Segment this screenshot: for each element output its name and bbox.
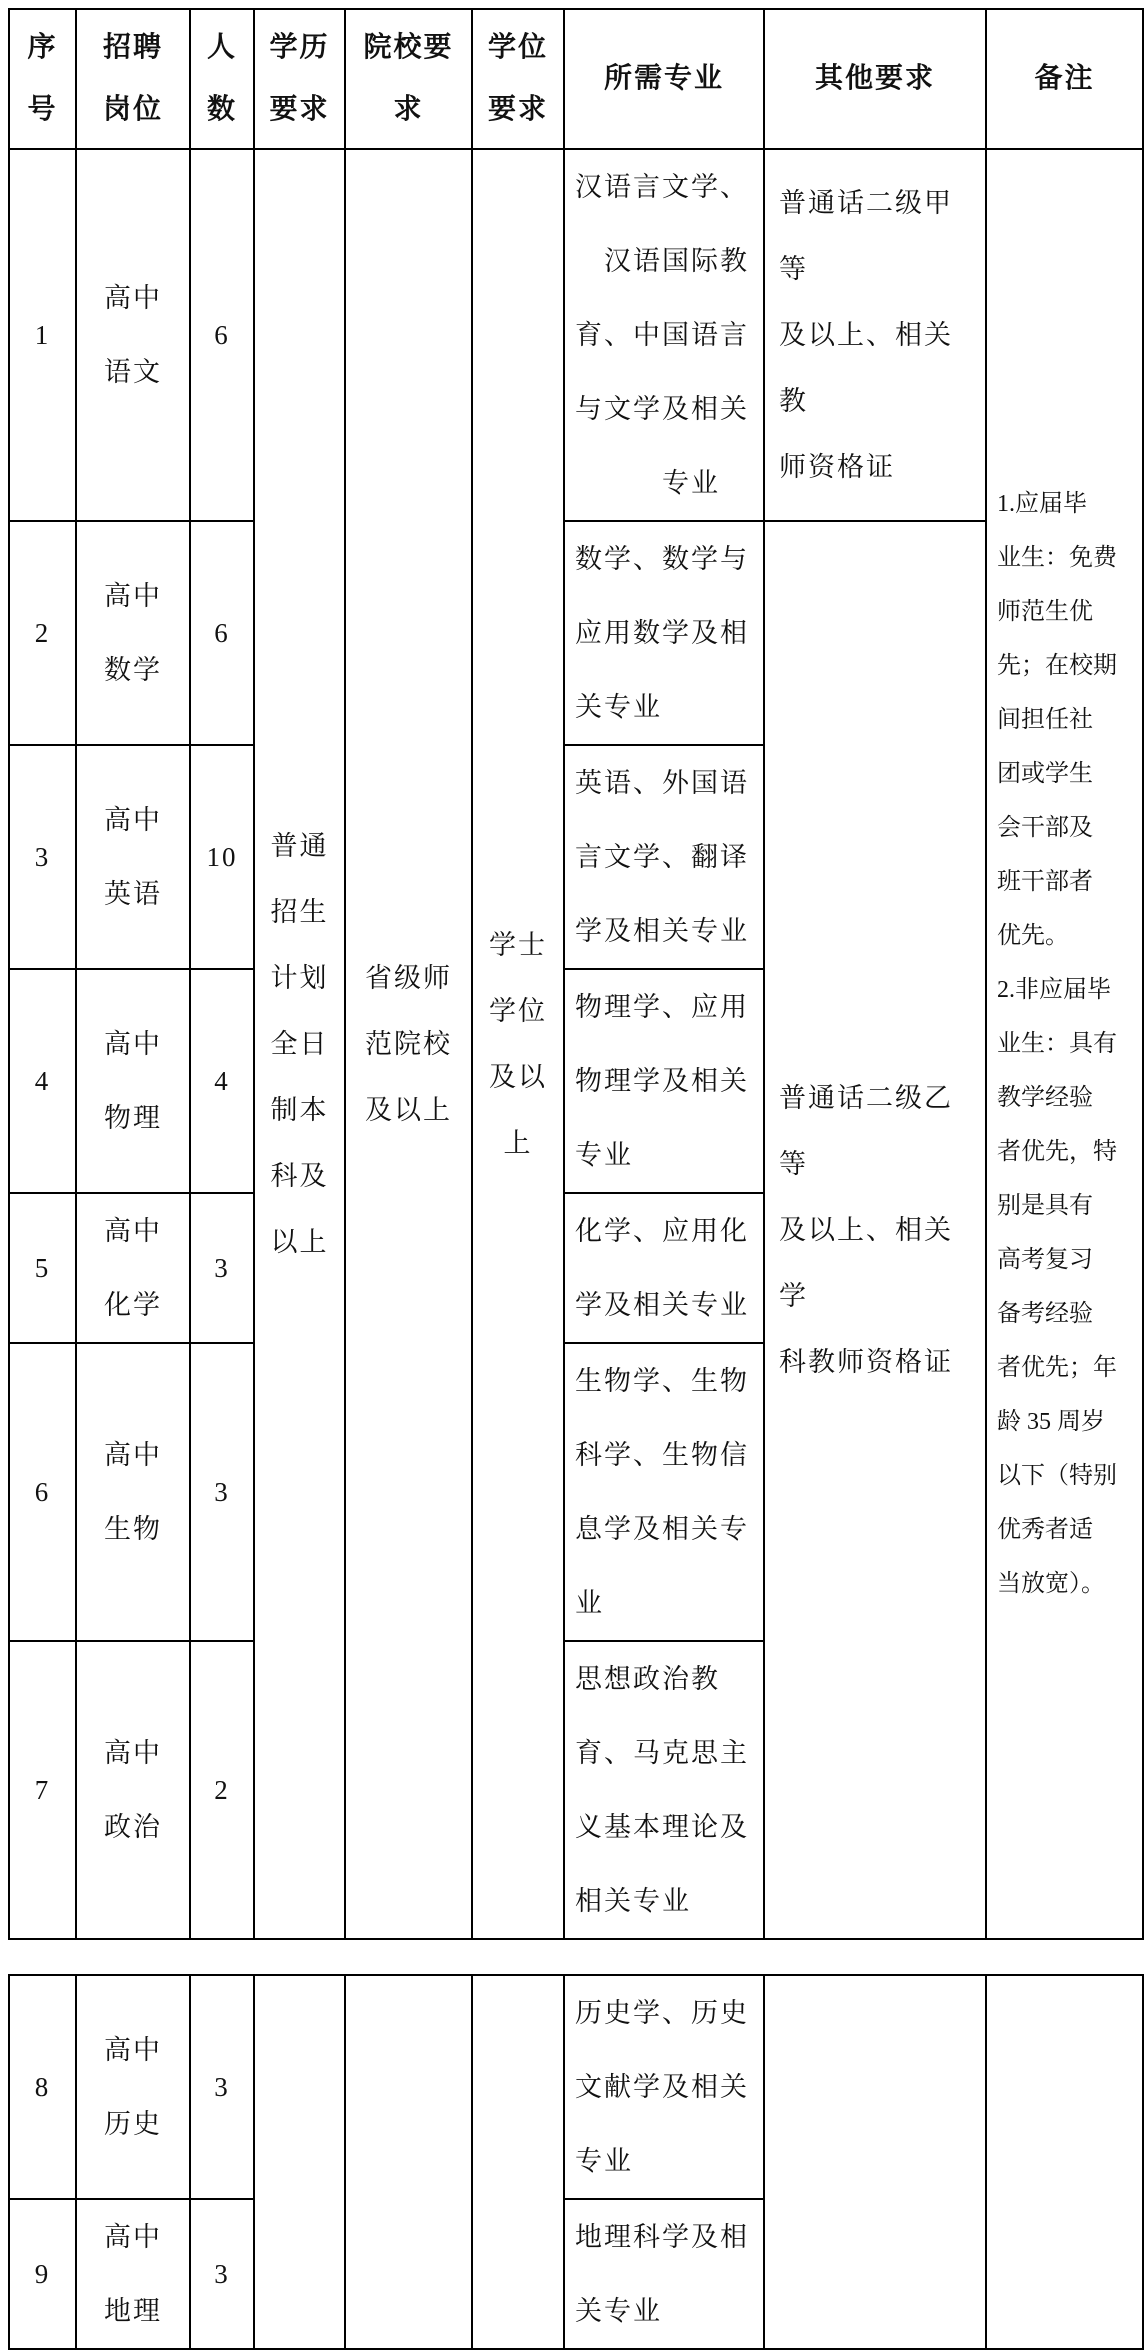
header-position: 招聘 岗位: [76, 9, 190, 149]
header-seq: 序 号: [9, 9, 76, 149]
header-other-req: 其他要求: [764, 9, 986, 149]
cell-count: 10: [190, 745, 254, 969]
cell-count: 3: [190, 1193, 254, 1343]
cell-remarks-empty: [986, 1975, 1143, 2349]
header-row: 序 号 招聘 岗位 人 数 学历 要求 院校要 求 学位 要求 所需专业 其他要…: [9, 9, 1143, 149]
cell-count: 2: [190, 1641, 254, 1939]
cell-degree-req: 学士 学位 及以 上: [472, 149, 564, 1939]
cell-remarks: 1.应届毕 业生：免费 师范生优 先；在校期 间担任社 团或学生 会干部及 班干…: [986, 149, 1143, 1939]
cell-seq: 2: [9, 521, 76, 745]
cell-position: 高中 生物: [76, 1343, 190, 1641]
table-row: 2 高中 数学 6 数学、数学与 应用数学及相 关专业 普通话二级乙等 及以上、…: [9, 521, 1143, 745]
cell-majors: 历史学、历史 文献学及相关 专业: [564, 1975, 764, 2199]
header-school-req: 院校要 求: [345, 9, 472, 149]
cell-count: 3: [190, 1343, 254, 1641]
cell-position: 高中 化学: [76, 1193, 190, 1343]
cell-count: 6: [190, 521, 254, 745]
cell-other-req-empty: [764, 1975, 986, 2349]
table-row: 1 高中 语文 6 普通 招生 计划 全日 制本 科及 以上 省级师 范院校 及…: [9, 149, 1143, 521]
cell-education-req: 普通 招生 计划 全日 制本 科及 以上: [254, 149, 345, 1939]
cell-position: 高中 政治: [76, 1641, 190, 1939]
header-degree-req: 学位 要求: [472, 9, 564, 149]
cell-count: 6: [190, 149, 254, 521]
cell-majors: 化学、应用化 学及相关专业: [564, 1193, 764, 1343]
cell-seq: 7: [9, 1641, 76, 1939]
table-body: 1 高中 语文 6 普通 招生 计划 全日 制本 科及 以上 省级师 范院校 及…: [9, 149, 1143, 1939]
header-education-req: 学历 要求: [254, 9, 345, 149]
table-body-continued: 8 高中 历史 3 历史学、历史 文献学及相关 专业 9 高中 地理 3 地理科…: [9, 1975, 1143, 2349]
cell-other-req-a: 普通话二级甲等 及以上、相关教 师资格证: [764, 149, 986, 521]
cell-position: 高中 地理: [76, 2199, 190, 2349]
cell-seq: 5: [9, 1193, 76, 1343]
cell-school-req: 省级师 范院校 及以上: [345, 149, 472, 1939]
cell-seq: 9: [9, 2199, 76, 2349]
cell-count: 3: [190, 2199, 254, 2349]
recruitment-table-main: 序 号 招聘 岗位 人 数 学历 要求 院校要 求 学位 要求 所需专业 其他要…: [8, 8, 1144, 1940]
cell-majors: 汉语言文学、 汉语国际教 育、中国语言 与文学及相关 专业: [564, 149, 764, 521]
cell-majors: 物理学、应用 物理学及相关 专业: [564, 969, 764, 1193]
cell-count: 4: [190, 969, 254, 1193]
header-remarks: 备注: [986, 9, 1143, 149]
cell-majors: 生物学、生物 科学、生物信 息学及相关专 业: [564, 1343, 764, 1641]
cell-position: 高中 物理: [76, 969, 190, 1193]
cell-other-req-b: 普通话二级乙等 及以上、相关学 科教师资格证: [764, 521, 986, 1939]
cell-school-req-empty: [345, 1975, 472, 2349]
cell-majors: 数学、数学与 应用数学及相 关专业: [564, 521, 764, 745]
cell-position: 高中 数学: [76, 521, 190, 745]
table-header: 序 号 招聘 岗位 人 数 学历 要求 院校要 求 学位 要求 所需专业 其他要…: [9, 9, 1143, 149]
cell-position: 高中 英语: [76, 745, 190, 969]
cell-count: 3: [190, 1975, 254, 2199]
cell-education-req-empty: [254, 1975, 345, 2349]
cell-position: 高中 历史: [76, 1975, 190, 2199]
page: { "table1": { "headers": ["序\n号", "招聘\n岗…: [0, 0, 1148, 2227]
cell-majors: 地理科学及相 关专业: [564, 2199, 764, 2349]
header-majors: 所需专业: [564, 9, 764, 149]
cell-seq: 3: [9, 745, 76, 969]
cell-majors: 思想政治教 育、马克思主 义基本理论及 相关专业: [564, 1641, 764, 1939]
cell-seq: 6: [9, 1343, 76, 1641]
header-count: 人 数: [190, 9, 254, 149]
cell-seq: 4: [9, 969, 76, 1193]
cell-position: 高中 语文: [76, 149, 190, 521]
cell-seq: 1: [9, 149, 76, 521]
recruitment-table-continued: 8 高中 历史 3 历史学、历史 文献学及相关 专业 9 高中 地理 3 地理科…: [8, 1974, 1144, 2350]
cell-majors: 英语、外国语 言文学、翻译 学及相关专业: [564, 745, 764, 969]
table-row: 8 高中 历史 3 历史学、历史 文献学及相关 专业: [9, 1975, 1143, 2199]
cell-seq: 8: [9, 1975, 76, 2199]
cell-degree-req-empty: [472, 1975, 564, 2349]
